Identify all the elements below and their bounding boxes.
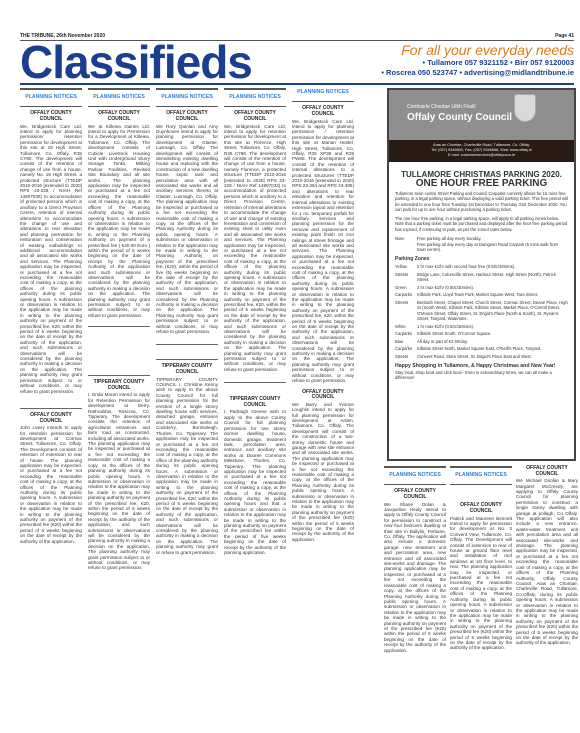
council-parking-advert: Comhairle Chontae Uíbh Fhailí Offaly Cou… bbox=[387, 88, 576, 461]
divider bbox=[88, 326, 150, 327]
notice: TIPPERARY COUNTY COUNCIL TIPPERARY COUNT… bbox=[156, 364, 218, 555]
zone-key: Yellow bbox=[395, 264, 417, 270]
ad-heading: TULLAMORE CHRISTMAS PARKING 2020. bbox=[395, 172, 568, 178]
parking-zones-heading: Parking Zones bbox=[395, 257, 568, 263]
section-header: PLANNING NOTICES bbox=[292, 85, 354, 102]
ad-header: Comhairle Chontae Uíbh Fhailí Offaly Cou… bbox=[389, 90, 574, 140]
zone-key: Carparks bbox=[395, 292, 417, 298]
zone-value: 2 hr max €1/hr with second hour free (0.… bbox=[417, 264, 568, 270]
notice-title: OFFALY COUNTY COUNCIL bbox=[224, 111, 286, 122]
notice: OFFALY COUNTY COUNCIL We, Bridgestock Ca… bbox=[224, 111, 286, 372]
notice: OFFALY COUNTY COUNCIL John Lowry intends… bbox=[20, 413, 82, 544]
ad-paragraph-2: The one hour free parking, in a legal pa… bbox=[395, 216, 568, 233]
council-irish-name: Comhairle Chontae Uíbh Fhailí bbox=[407, 104, 476, 110]
contact-line-2: • Roscrea 050 523747 • advertising@midla… bbox=[381, 68, 574, 78]
notice-title: OFFALY COUNTY COUNCIL bbox=[292, 106, 354, 117]
zone-value: All day or part of €2.50/day. bbox=[417, 339, 568, 345]
notice-body: I, Enda Moran intend to apply for Retent… bbox=[88, 392, 150, 570]
column-2: PLANNING NOTICES OFFALY COUNTY COUNCIL W… bbox=[88, 88, 150, 571]
tagline-block: For all your everyday needs • Tullamore … bbox=[381, 42, 574, 78]
column-5: PLANNING NOTICES OFFALY COUNTY COUNCIL W… bbox=[292, 85, 354, 542]
notice-body: We, Bridgestock Care Ltd, intend to appl… bbox=[224, 124, 286, 373]
notice: OFFALY COUNTY COUNCIL We, Bridgestock Ca… bbox=[292, 106, 354, 383]
notice-body: We Michael Doolan & Mary Margaret McCree… bbox=[516, 478, 578, 646]
note-label: Note: bbox=[395, 236, 417, 253]
notice-body: We, Bridgestock Care Ltd, intend to appl… bbox=[20, 124, 82, 394]
notice-body: We, Bridgestock Care Ltd, intend to appl… bbox=[292, 119, 354, 384]
notice: OFFALY COUNTY COUNCIL Patrick and Mauree… bbox=[450, 503, 512, 650]
zone-row: Green2 hr max €1/hr (0.50c/30mins). bbox=[395, 285, 568, 291]
notice-title: OFFALY COUNTY COUNCIL bbox=[516, 466, 578, 477]
notice: OFFALY COUNTY COUNCIL We Rory Quinlan an… bbox=[156, 111, 218, 334]
section-header: PLANNING NOTICES bbox=[88, 88, 150, 107]
notice: TIPPERARY COUNTY COUNCIL I, Enda Moran i… bbox=[88, 380, 150, 571]
column-6: PLANNING NOTICES OFFALY COUNTY COUNCIL W… bbox=[384, 466, 446, 653]
column-8: OFFALY COUNTY COUNCIL We Michael Doolan … bbox=[516, 466, 578, 646]
zone-key: Blue bbox=[395, 339, 417, 345]
column-4: PLANNING NOTICES OFFALY COUNTY COUNCIL W… bbox=[224, 88, 286, 555]
zone-row: CarparksKilbride Street North, Market Sq… bbox=[395, 346, 568, 352]
notice-title: OFFALY COUNTY COUNCIL bbox=[20, 111, 82, 122]
section-header: PLANNING NOTICES bbox=[224, 88, 286, 107]
notice-body: Patrick and Maureen Bennett intend to ap… bbox=[450, 516, 512, 651]
zone-value: Kilbride Street North, Market Square Eas… bbox=[417, 346, 568, 352]
ad-footer-heading: Happy Shopping in Tullamore, & Happy Chr… bbox=[395, 364, 568, 370]
notice-title: TIPPERARY COUNTY COUNCIL bbox=[224, 397, 286, 408]
divider bbox=[156, 359, 218, 360]
zone-row: StreetsBenburb Street, Chapel Street, Ch… bbox=[395, 300, 568, 322]
notice: TIPPERARY COUNTY COUNCIL I, Padraigh Gre… bbox=[224, 397, 286, 555]
notice-body: We Rory Quinlan and Amy Duynhoven intend… bbox=[156, 124, 218, 335]
zone-key: Carparks bbox=[395, 346, 417, 352]
divider bbox=[224, 382, 286, 383]
notice-title: OFFALY COUNTY COUNCIL bbox=[450, 503, 512, 514]
divider bbox=[88, 375, 150, 376]
column-7: PLANNING NOTICES OFFALY COUNTY COUNCIL P… bbox=[450, 466, 512, 651]
slogan: For all your everyday needs bbox=[381, 42, 574, 58]
section-header: PLANNING NOTICES bbox=[450, 466, 512, 485]
notice-body: We Barry and Yvonne Loughlin intend to a… bbox=[292, 402, 354, 543]
masthead: Classifieds bbox=[20, 42, 260, 82]
council-name: Offaly County Council bbox=[407, 112, 512, 123]
zone-row: Yellow2 hr max €1/hr with second hour fr… bbox=[395, 264, 568, 270]
notice-body: We at Killeiea Dairies Ltd. intend to ap… bbox=[88, 124, 150, 319]
notice: OFFALY COUNTY COUNCIL We Shane Dolan & J… bbox=[384, 489, 446, 653]
zone-row: BlueAll day or part of €2.50/day. bbox=[395, 339, 568, 345]
zone-key: Carparks bbox=[395, 331, 417, 337]
notice-title: OFFALY COUNTY COUNCIL bbox=[156, 111, 218, 122]
notice-body: TIPPERARY COUNTY COUNCIL I, Christine Ke… bbox=[156, 377, 218, 555]
zone-key: Streets bbox=[395, 300, 417, 322]
column-1: PLANNING NOTICES OFFALY COUNTY COUNCIL W… bbox=[20, 88, 82, 544]
notice-body: John Lowry intends to apply for retentio… bbox=[20, 425, 82, 544]
notice-title: OFFALY COUNTY COUNCIL bbox=[88, 111, 150, 122]
zone-row: CarparksKilbride Street South, O'Connor … bbox=[395, 331, 568, 337]
zone-value: Kilbride Street South, O'Connor Square. bbox=[417, 331, 568, 337]
section-header: PLANNING NOTICES bbox=[156, 88, 218, 107]
council-crest-icon bbox=[514, 94, 536, 122]
zone-key: Green bbox=[395, 285, 417, 291]
notice: OFFALY COUNTY COUNCIL We Barry and Yvonn… bbox=[292, 390, 354, 543]
note-2: Free parking all day every day at Dainge… bbox=[417, 242, 568, 253]
zone-value: Convent Road, Store Street, St. Brigid's… bbox=[417, 354, 568, 360]
council-address-bar: Áras an Chontae, Charleville Road, Tulla… bbox=[389, 140, 574, 162]
zone-row: StreetsBridge Lane, Columcille Street, H… bbox=[395, 272, 568, 283]
zone-row: CarparksKilbride Park, Lloyd Town Park, … bbox=[395, 292, 568, 298]
notice-body: We Shane Dolan & Jacqueline Healy intend… bbox=[384, 502, 446, 653]
page-number: Page 41 bbox=[555, 33, 574, 39]
zone-value: Kilbride Park, Lloyd Town Park, Market S… bbox=[417, 292, 568, 298]
notice-title: OFFALY COUNTY COUNCIL bbox=[20, 413, 82, 424]
zone-value: Bridge Lane, Columcille Street, Harbour … bbox=[417, 272, 568, 283]
notice: OFFALY COUNTY COUNCIL We at Killeiea Dai… bbox=[88, 111, 150, 318]
note-row: Note: Free parking all day every Sunday.… bbox=[395, 236, 568, 253]
notice-body: I, Padraigh Greene wish to apply to the … bbox=[224, 409, 286, 555]
zone-value: Benburb Street, Chapel Street, Church St… bbox=[417, 300, 568, 322]
notice: OFFALY COUNTY COUNCIL We, Bridgestock Ca… bbox=[20, 111, 82, 394]
page-title: Classifieds bbox=[20, 42, 260, 82]
council-email: E-mail: customerservices@offalycoco.ie bbox=[393, 153, 570, 158]
column-3: PLANNING NOTICES OFFALY COUNTY COUNCIL W… bbox=[156, 88, 218, 555]
contact-line-1: • Tullamore 057 9321152 • Birr 057 91200… bbox=[381, 58, 574, 68]
notice-title: TIPPERARY COUNTY COUNCIL bbox=[156, 364, 218, 375]
notice-title: OFFALY COUNTY COUNCIL bbox=[384, 489, 446, 500]
zone-key: White bbox=[395, 324, 417, 330]
ad-subheading: ONE HOUR FREE PARKING bbox=[395, 181, 568, 187]
zone-value: 1 hr max €1/hr (0.50c/30mins). bbox=[417, 324, 568, 330]
notice-title: TIPPERARY COUNTY COUNCIL bbox=[88, 380, 150, 391]
publication-date: THE TRIBUNE, 26th November 2020 bbox=[20, 33, 105, 39]
zone-row: StreetsConvent Road, Store Street, St. B… bbox=[395, 354, 568, 360]
divider bbox=[156, 344, 218, 345]
zone-value: 2 hr max €1/hr (0.50c/30mins). bbox=[417, 285, 568, 291]
divider bbox=[20, 408, 82, 409]
section-header: PLANNING NOTICES bbox=[20, 88, 82, 107]
zone-row: White1 hr max €1/hr (0.50c/30mins). bbox=[395, 324, 568, 330]
notice: OFFALY COUNTY COUNCIL We Michael Doolan … bbox=[516, 466, 578, 646]
section-header: PLANNING NOTICES bbox=[384, 466, 446, 485]
ad-paragraph-1: Tullamore town centre Street Parking and… bbox=[395, 191, 568, 213]
ad-footer-text: Stay local, shop local and click local -… bbox=[395, 370, 568, 381]
notice-title: OFFALY COUNTY COUNCIL bbox=[292, 390, 354, 401]
page-header-line: THE TRIBUNE, 26th November 2020 Page 41 bbox=[20, 29, 574, 41]
zone-key: Streets bbox=[395, 354, 417, 360]
zone-key: Streets bbox=[395, 272, 417, 283]
